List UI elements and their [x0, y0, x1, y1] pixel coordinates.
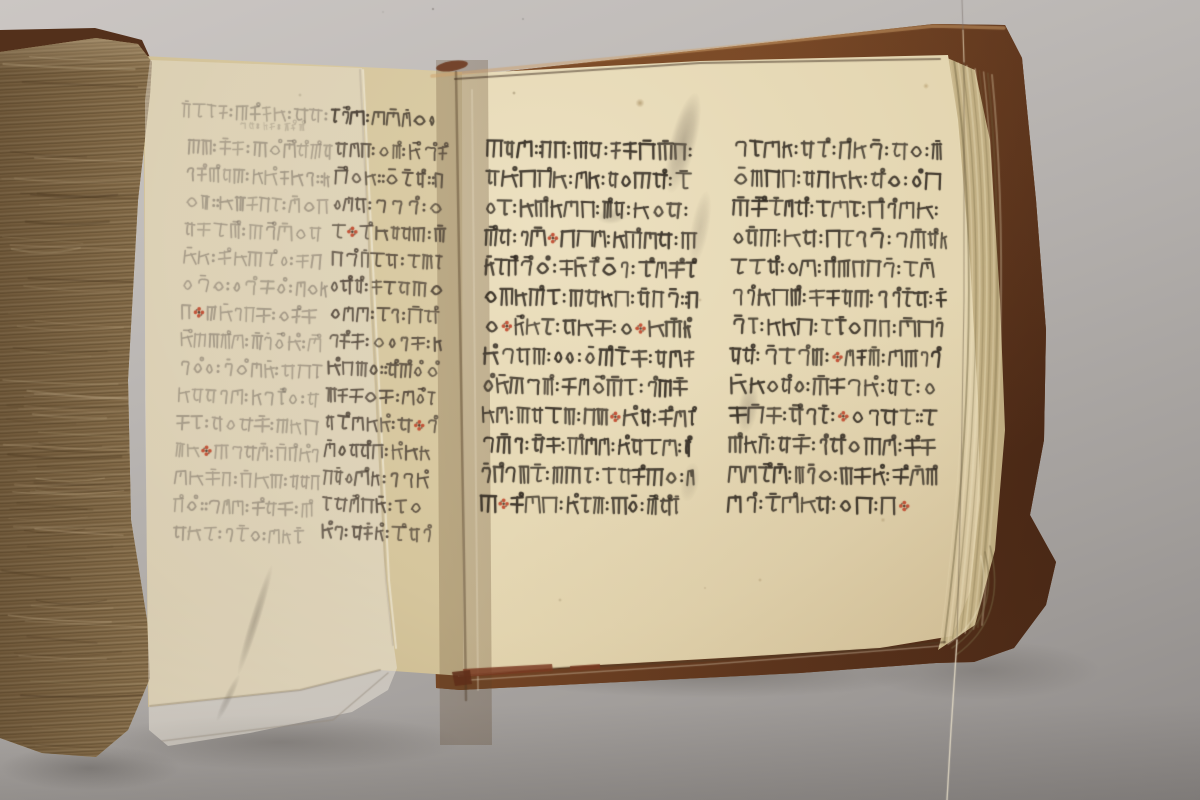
manuscript-text-canvas: [0, 0, 1200, 800]
manuscript-photo: [0, 0, 1200, 800]
